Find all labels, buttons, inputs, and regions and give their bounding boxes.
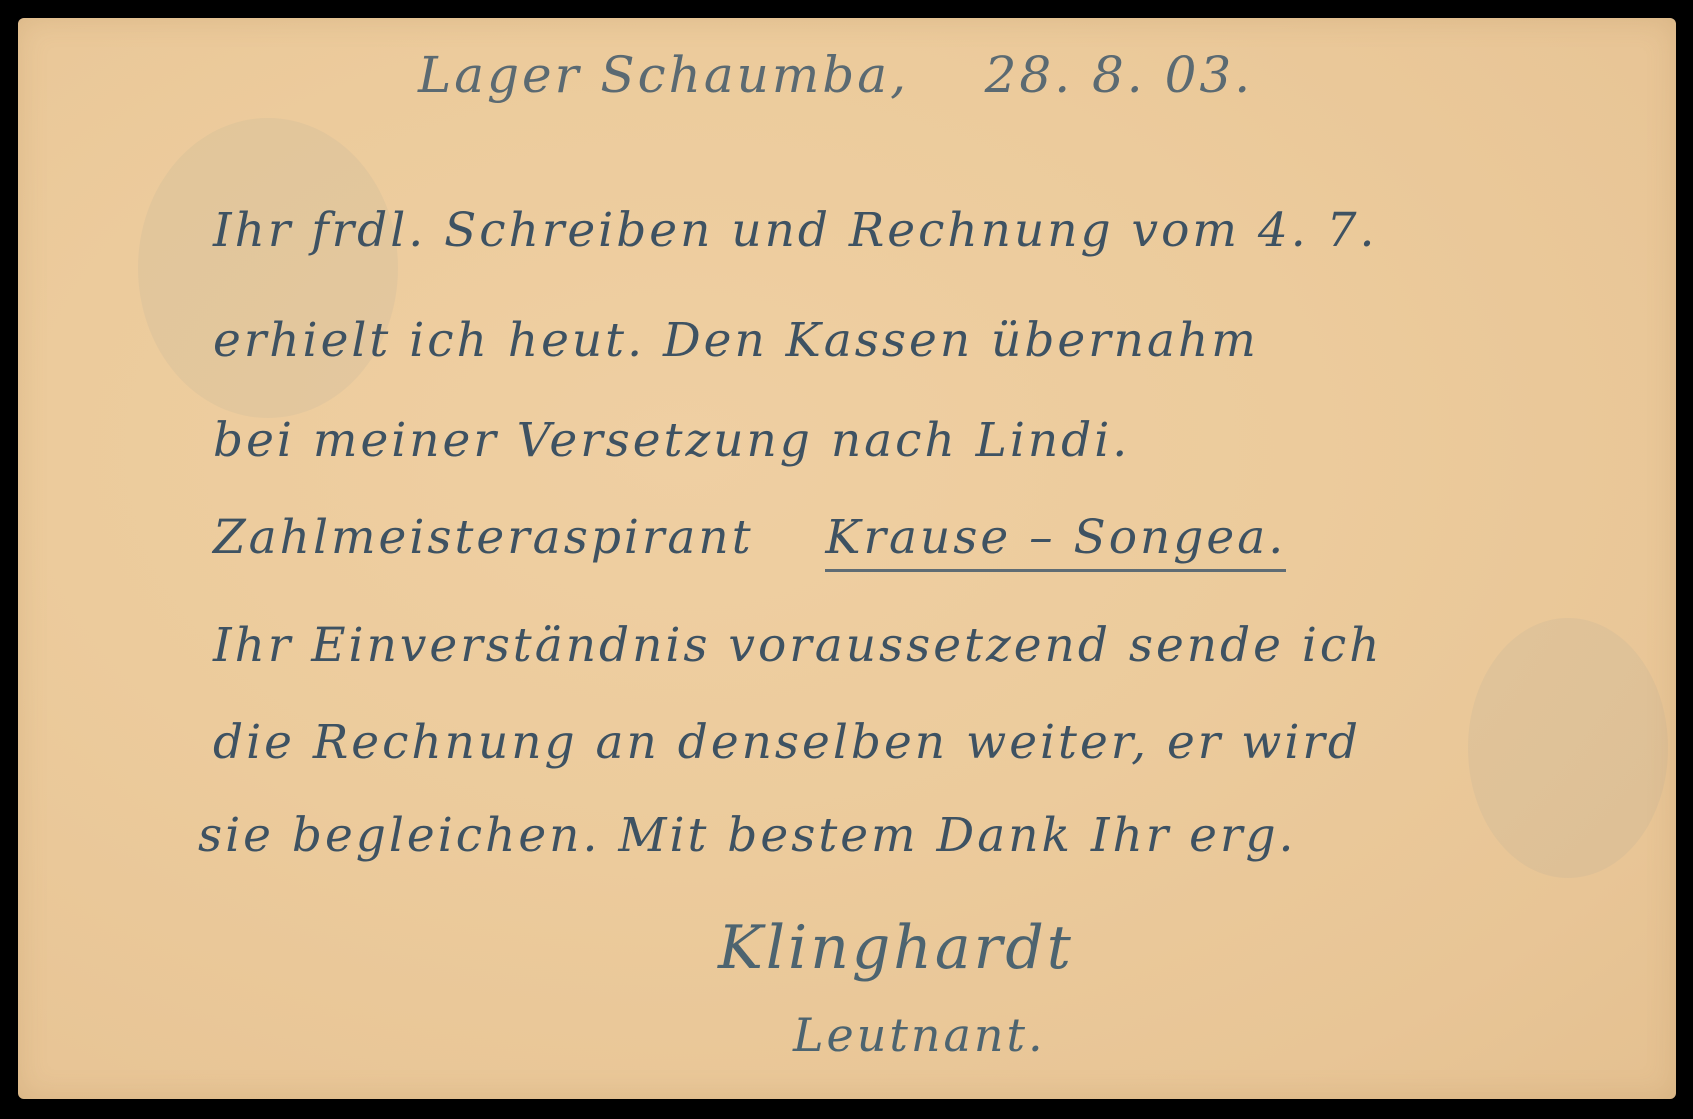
paper-stain: [138, 118, 398, 418]
underlined-name: Krause – Songea.: [825, 510, 1286, 572]
header-place-date: Lager Schaumba, 28. 8. 03.: [418, 46, 1253, 104]
body-line-5: Ihr Einverständnis voraussetzend sende i…: [213, 618, 1383, 673]
body-line-1: Ihr frdl. Schreiben und Rechnung vom 4. …: [213, 203, 1378, 258]
postcard: Lager Schaumba, 28. 8. 03. Ihr frdl. Sch…: [18, 18, 1676, 1099]
date: 28. 8. 03.: [985, 46, 1254, 104]
signature-rank: Leutnant.: [793, 1008, 1046, 1062]
body-line-3: bei meiner Versetzung nach Lindi.: [213, 413, 1130, 468]
signature-name: Klinghardt: [718, 913, 1074, 983]
body-line-4: Zahlmeisteraspirant Krause – Songea.: [213, 510, 1286, 565]
place: Lager Schaumba,: [418, 46, 909, 104]
body-line-6: die Rechnung an denselben weiter, er wir…: [213, 715, 1361, 770]
paper-stain: [1468, 618, 1668, 878]
body-line-7: sie begleichen. Mit bestem Dank Ihr erg.: [198, 808, 1297, 863]
body-line-4-text: Zahlmeisteraspirant: [213, 510, 754, 565]
body-line-2: erhielt ich heut. Den Kassen übernahm: [213, 313, 1259, 368]
